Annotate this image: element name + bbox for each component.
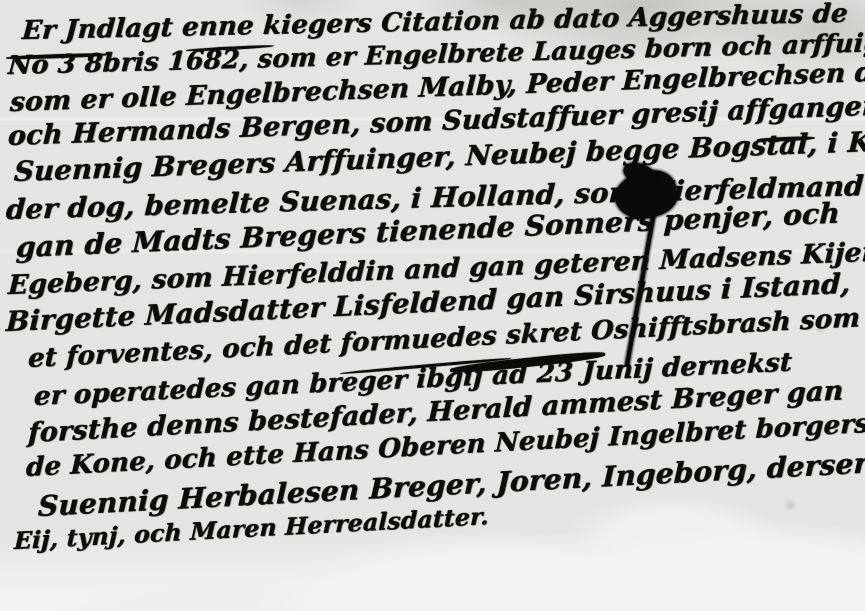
manuscript-page: Er Jndlagt enne kiegers Citation ab dato… [0, 0, 865, 611]
